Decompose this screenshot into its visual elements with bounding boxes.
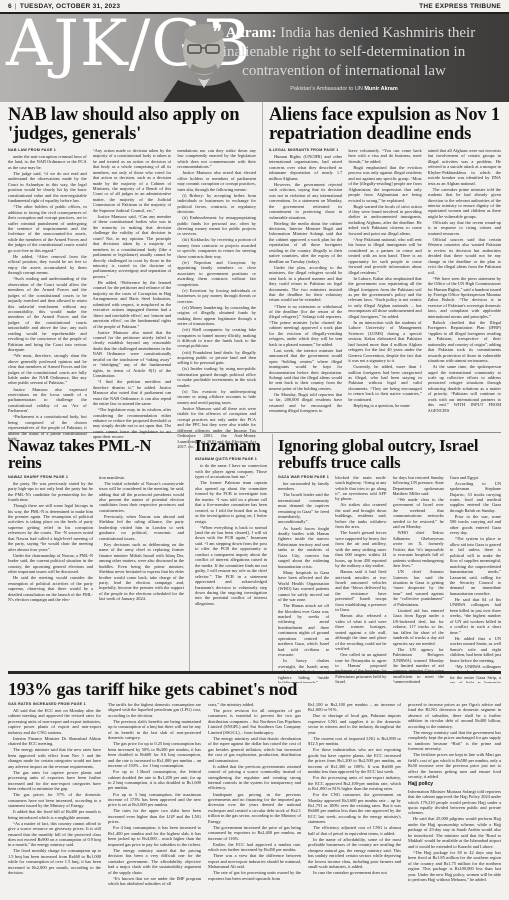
paragraph: “We must, therefore, strongly shun the a… <box>8 353 87 386</box>
paragraph: “My UNRWA colleagues are the only glimme… <box>450 664 501 683</box>
paragraph: for days but restored Sunday following U… <box>393 475 444 497</box>
paragraph: Under the plan, according to the ministe… <box>269 265 342 303</box>
paragraph: mendations nor can they strike down any … <box>177 148 256 170</box>
kicker: NAB LAW FROM PAGE 1 <box>8 148 87 153</box>
masthead-date: TUESDAY, OCTOBER 31, 2023 <box>20 3 120 10</box>
column: Gaza and Egypt.According to UN spokesman… <box>450 475 501 683</box>
paragraph: As Israeli forces fought deadly battles … <box>278 526 329 570</box>
paragraph: “As a matter of fact, this country canno… <box>8 821 101 848</box>
paragraph: to do the same. I have no connection wit… <box>195 463 267 479</box>
paragraph: Bugti emphasised that the eviction proce… <box>348 165 421 203</box>
caption-name: Munir Akram <box>364 86 397 92</box>
paragraph: Interim Finance Minister Dr Shamshad Akh… <box>8 736 101 747</box>
paragraph: Air strikes also cratered the road and b… <box>335 502 386 529</box>
page-content: NAB law should also apply on 'judges, ge… <box>0 102 509 900</box>
paragraph: Many hospitals in Gaza have been affecte… <box>278 570 329 603</box>
paragraph: The Hamas attack set off the bloodiest e… <box>278 603 329 658</box>
paper-name: THE EXPRESS TRIBUNE <box>419 3 501 10</box>
paragraph: the party. He was previously stated by t… <box>8 481 93 503</box>
column: NAB LAW FROM PAGE 1 under the anti-corru… <box>8 148 87 448</box>
paragraph: On Monday, Bugti told reporters that so … <box>269 392 342 414</box>
paragraph: “We have seen the press statement by the… <box>428 276 501 320</box>
kicker: GAZA WAR FROM PAGE 1 <box>278 475 329 480</box>
paragraph: leave voluntarily. “You can come back he… <box>348 148 421 164</box>
paragraph: (i) Bribery: by accepting bribes from in… <box>177 193 256 215</box>
masthead: 6|TUESDAY, OCTOBER 31, 2023 THE EXPRESS … <box>0 0 509 14</box>
paragraph: (iv) Nepotism and Cronyism: by appointin… <box>177 260 256 287</box>
columns: GAS RATES INCREASED FROM PAGE 1 All said… <box>8 702 501 900</box>
paragraph: It added that the fixed bill of Rs400 pe… <box>8 809 101 820</box>
banner-quote: ❞ Akram: India has denied Kashmiris thei… <box>185 21 503 93</box>
paragraph: The UN agency for Palestinian Refugees (… <box>393 647 444 683</box>
kicker: INZAMAM QUITS FROM PAGE 1 <box>195 457 267 462</box>
paragraph: The energy ministry said that the govern… <box>408 730 501 752</box>
middle-section: Nawaz takes PML-N reins NAWAZ SHARIF FRO… <box>8 433 501 674</box>
kicker: ILLEGAL MIGRANTS FROM PAGE 1 <box>269 148 342 153</box>
kicker: NAWAZ SHARIF FROM PAGE 1 <box>8 475 93 480</box>
paragraph: Under the chairmanship of Nawaz, a PML-N… <box>8 553 93 575</box>
paragraph: In an interaction with the students of L… <box>348 320 421 364</box>
paragraph: He said that 64 of his UNRWA colleagues … <box>450 597 501 635</box>
paragraph: The rates for the upper two slabs have b… <box>108 808 201 824</box>
article-aliens-expulsion: Aliens face expulsion as Nov 1 repatriat… <box>263 102 501 432</box>
headline-gaza-war: Ignoring global outcry, Israel rebuffs t… <box>278 434 501 475</box>
paragraph: He added that a UN worker named Samir, a… <box>450 636 501 663</box>
column: “Any action made or decision taken by th… <box>93 148 172 448</box>
paragraph: The judge said, “if we do not read and u… <box>8 171 87 204</box>
section-banner: AJK/GB ❞ Akram: India has denied Kashmir… <box>0 14 509 102</box>
columns: GAZA WAR FROM PAGE 1 her surrounded by f… <box>278 475 501 683</box>
top-section: NAB law should also apply on 'judges, ge… <box>8 102 501 433</box>
paragraph: “When everything is back to normal [and … <box>195 525 267 607</box>
paragraph: The government increased the price of ga… <box>208 825 301 841</box>
paragraph: The Israeli ground forces were supported… <box>335 530 386 568</box>
paragraph: Information Minister Murtaza Solangi tol… <box>408 789 501 816</box>
gas-section: 193% gas tariff hike gets cabinet's nod … <box>8 674 501 900</box>
paragraph: He added, “Reference by the learned coun… <box>93 280 172 329</box>
paragraph: “I find the petition meritless and there… <box>93 379 172 406</box>
paragraph: All said that the ECC met on Monday afte… <box>8 708 101 735</box>
paragraph: The current cost of imported LNG is Rs3,… <box>308 736 401 747</box>
paragraph: The tariffs for the highest domestic con… <box>108 702 201 718</box>
column: NAWAZ SHARIF FROM PAGE 1 the party. He w… <box>8 475 93 683</box>
column: leave voluntarily. “You can come back he… <box>348 148 421 430</box>
paragraph: For 4 hmj consumption, it has been incre… <box>108 825 201 847</box>
paragraph: (ii) Embezzlement: by misappropriating p… <box>177 215 256 237</box>
paragraph: The previous slab's benefits are being m… <box>108 719 201 741</box>
article-nawaz-pmln: Nawaz takes PML-N reins NAWAZ SHARIF FRO… <box>8 434 190 671</box>
column: tion manifesto.The initial schedule of N… <box>99 475 184 683</box>
paragraph: For the CNG consumer, the government on … <box>308 792 401 825</box>
paragraph: One called in an agitated tone for Netan… <box>335 652 386 683</box>
paragraph: tion manifesto. <box>99 475 184 480</box>
headline-nab-law: NAB law should also apply on 'judges, ge… <box>8 102 256 148</box>
paragraph: “Such reading and understanding of the o… <box>8 276 87 352</box>
paragraph: At the same time, the spokesperson urged… <box>428 364 501 413</box>
column: Rs1,100 to Rs2,100 per mmbtu – an increa… <box>308 702 401 900</box>
paragraph: Gaza and Egypt. <box>450 475 501 480</box>
paragraph: In Lahore, Kakar also emphasised that th… <box>348 276 421 320</box>
newspaper-page: 6|TUESDAY, OCTOBER 31, 2023 THE EXPRESS … <box>0 0 509 900</box>
paragraph: He said the meeting would consider the r… <box>8 575 93 602</box>
paragraph: There was a view that the difference bet… <box>208 853 301 869</box>
quote-speaker: Akram: <box>226 25 277 41</box>
paragraph: The fixed monthly charge for consumption… <box>8 848 101 875</box>
quote-mark-icon: ❞ <box>213 22 222 41</box>
paragraph: For those industrialists who are not exp… <box>308 747 401 774</box>
paragraph: “The other holders of public offices, in… <box>8 204 87 253</box>
paragraph: (vii) Shell companies: by creating fake … <box>177 327 256 349</box>
column: mendations nor can they strike down any … <box>177 148 256 448</box>
paragraph: (x) Tax evasion: by underreporting incom… <box>177 389 256 405</box>
article-gas-tariff: 193% gas tariff hike gets cabinet's nod … <box>8 676 501 900</box>
paragraph: (vi) Money laundering: by concealing the… <box>177 305 256 327</box>
kicker: GAS RATES INCREASED FROM PAGE 1 <box>8 702 101 707</box>
paragraph: However, the government rejected such cr… <box>269 182 342 220</box>
paragraph: “Any action made or decision taken by th… <box>93 148 172 213</box>
paragraph: The energy minister said that the new ra… <box>8 747 101 769</box>
paragraph: Briefing the media about the cabinet dec… <box>269 221 342 265</box>
paragraph: sorts,” the ministry added. <box>208 702 301 707</box>
headline-aliens-expulsion: Aliens face expulsion as Nov 1 repatriat… <box>269 102 501 148</box>
paragraph: The initial schedule of Nawaz's countryw… <box>99 481 184 514</box>
article-gaza-war: Ignoring global outcry, Israel rebuffs t… <box>273 434 501 671</box>
masthead-left: 6|TUESDAY, OCTOBER 31, 2023 <box>8 3 120 10</box>
paragraph: under the anti-corruption criminal laws … <box>8 154 87 170</box>
paragraph: (viii) Fraudulent land deals: by illegal… <box>177 350 256 366</box>
paragraph: The Israeli leader said the internationa… <box>278 492 329 525</box>
paragraph: According to UN spokesman Stephane Dujar… <box>450 481 501 514</box>
paragraph: The efficiency adjusted cost of CNG is a… <box>308 825 401 836</box>
paragraph: It added that the previous governments r… <box>208 764 301 791</box>
paragraph: UN chief Antonio Guterres has said the s… <box>393 569 444 607</box>
paragraph: The price revision for all categories of… <box>208 708 301 735</box>
paragraph: Replying to a question, he main- <box>348 403 421 408</box>
paragraph: tained that all Afghans were not terrori… <box>428 148 501 186</box>
subhead-hajj-policy: Hajj policy <box>408 781 501 787</box>
paragraph: The gas price for up to 0.25 hmj consump… <box>108 741 201 768</box>
paragraph: Due to shortage of local gas, Pakistan i… <box>308 713 401 735</box>
paragraph: For up to 1.5hm3 consumption, the federa… <box>108 769 201 791</box>
paragraph: The rate of gas for processing units own… <box>208 870 301 881</box>
column: INZAMAM QUITS FROM PAGE 1 to do the same… <box>195 457 267 665</box>
headline-nawaz-pmln: Nawaz takes PML-N reins <box>8 434 184 475</box>
paragraph: WHO chief Tedros Adhanom Ghebreyesus wro… <box>393 530 444 568</box>
paragraph: Justice Mansoor said, “Can any member of… <box>93 214 172 279</box>
columns: INZAMAM QUITS FROM PAGE 1 to do the same… <box>195 457 267 665</box>
paragraph: The fertiliser prices are kept in line w… <box>408 752 501 779</box>
paragraph: Inadequate gas pricing in the previous g… <box>208 792 301 825</box>
paragraph: Currently, he added, more than 1 million… <box>348 364 421 402</box>
paragraph: The energy ministry said that drastic de… <box>208 736 301 763</box>
column: blocked the main north-south highway, “f… <box>335 475 386 683</box>
paragraph: “There is no extension or withdrawal of … <box>269 304 342 348</box>
paragraph: Official sources said that certain Weste… <box>428 237 501 275</box>
column-part: proceed to increase prices as per Ogra's… <box>408 702 501 780</box>
columns: ILLEGAL MIGRANTS FROM PAGE 1 Human Right… <box>269 148 501 430</box>
paragraph: The former Pakistan team captain also op… <box>195 480 267 524</box>
paragraph: “It's known that we are under the IMF pr… <box>108 876 201 887</box>
paragraph: Earlier, the ECC had approved a mmbtu ra… <box>208 842 301 853</box>
paragraph: Rs1,100 to Rs2,100 per mmbtu – an increa… <box>308 702 401 713</box>
caption-prefix: Pakistan's Ambassador to UN <box>290 86 363 92</box>
paragraph: Limited aid has entered Gaza from Egypt … <box>393 608 444 646</box>
paragraph: blocked the main north-south highway, “f… <box>335 475 386 502</box>
paragraph: proceed to increase prices as per Ogra's… <box>408 702 501 729</box>
paragraph: her surrounded by family members. <box>278 481 329 492</box>
column: The tariffs for the highest domestic con… <box>108 702 201 900</box>
paragraph: For the processing units of non-export i… <box>308 775 401 791</box>
paragraph: The gas prices for 57% of the domestic c… <box>8 792 101 808</box>
paragraph: Human Rights (UNCHR) and other internati… <box>269 154 342 181</box>
paragraph: Justice Mansoor also expressed reservati… <box>8 387 87 414</box>
column-part: Information Minister Murtaza Solangi tol… <box>408 789 501 883</box>
paragraph: He added, “After removal from the offici… <box>8 254 87 276</box>
columns: NAB LAW FROM PAGE 1 under the anti-corru… <box>8 148 256 448</box>
paragraph: In the name of affordability, some of th… <box>308 837 401 870</box>
paragraph: Key decisions such as deliberating on th… <box>99 542 184 602</box>
article-nab-law: NAB law should also apply on 'judges, ge… <box>8 102 263 432</box>
paragraph: Baloch clarified that the Illegal Foreig… <box>428 320 501 364</box>
paragraph: In case the caretaker government does no… <box>308 870 401 875</box>
column: tained that all Afghans were not terrori… <box>428 148 501 430</box>
paragraph: The gas rates for captive power plants a… <box>8 770 101 792</box>
page-number: 6 <box>8 3 12 10</box>
article-inzamam: Inzamam INZAMAM QUITS FROM PAGE 1 to do … <box>190 434 273 671</box>
paragraph: Hamas also released a video of what it s… <box>335 613 386 651</box>
photo-caption: Pakistan's Ambassador to UN Munir Akram <box>185 86 503 93</box>
paragraph: He said that 25,000 pilgrims would perfo… <box>408 816 501 849</box>
paragraph: Hamas said it had fired anti-tank missil… <box>335 569 386 613</box>
column: GAZA WAR FROM PAGE 1 her surrounded by f… <box>278 475 329 683</box>
paragraph: (iii) Kickbacks: by receiving a portion … <box>177 237 256 259</box>
paragraph: The caretaker prime minister told the st… <box>428 187 501 220</box>
paragraph: Prior to the war, some 500 trucks carryi… <box>450 514 501 536</box>
paragraph: Justice Mansoor also noted that the coun… <box>93 330 172 379</box>
column: GAS RATES INCREASED FROM PAGE 1 All said… <box>8 702 101 900</box>
column: ILLEGAL MIGRANTS FROM PAGE 1 Human Right… <box>269 148 342 430</box>
paragraph: “The Hajj package for 38 to 42 days stay… <box>408 850 501 883</box>
column: sorts,” the ministry added.The price rev… <box>208 702 301 900</box>
paragraph: (v) Extortion: by forcing individuals or… <box>177 288 256 304</box>
paragraph: “The system in place to allow aid into G… <box>450 536 501 596</box>
paragraph: Last week, the interior minister had ann… <box>269 348 342 392</box>
columns: NAWAZ SHARIF FROM PAGE 1 the party. He w… <box>8 475 184 683</box>
paragraph: Justice Mansoor also noted that elected … <box>177 170 256 192</box>
paragraph: “Any Pakistani national, who will rent h… <box>348 237 421 275</box>
paragraph: (ix) Insider trading: by using non-publi… <box>177 366 256 388</box>
paragraph: Officials say that the recent round-up i… <box>428 220 501 236</box>
paragraph: For up to 3 hmj consumption, the maximum… <box>108 792 201 808</box>
paragraph: Previously, when Nawaz was abroad and Sh… <box>99 514 184 541</box>
paragraph: “We made clear to the government of Isra… <box>393 497 444 530</box>
headline-inzamam: Inzamam <box>195 434 267 457</box>
column: for days but restored Sunday following U… <box>393 475 444 683</box>
paragraph: The energy ministry stated that the pric… <box>108 848 201 875</box>
masthead-separator: | <box>15 3 17 10</box>
paragraph: Bugti warned the locals of strict action… <box>348 204 421 237</box>
column: proceed to increase prices as per Ogra's… <box>408 702 501 900</box>
paragraph: Though there are still some legal hiccup… <box>8 503 93 552</box>
